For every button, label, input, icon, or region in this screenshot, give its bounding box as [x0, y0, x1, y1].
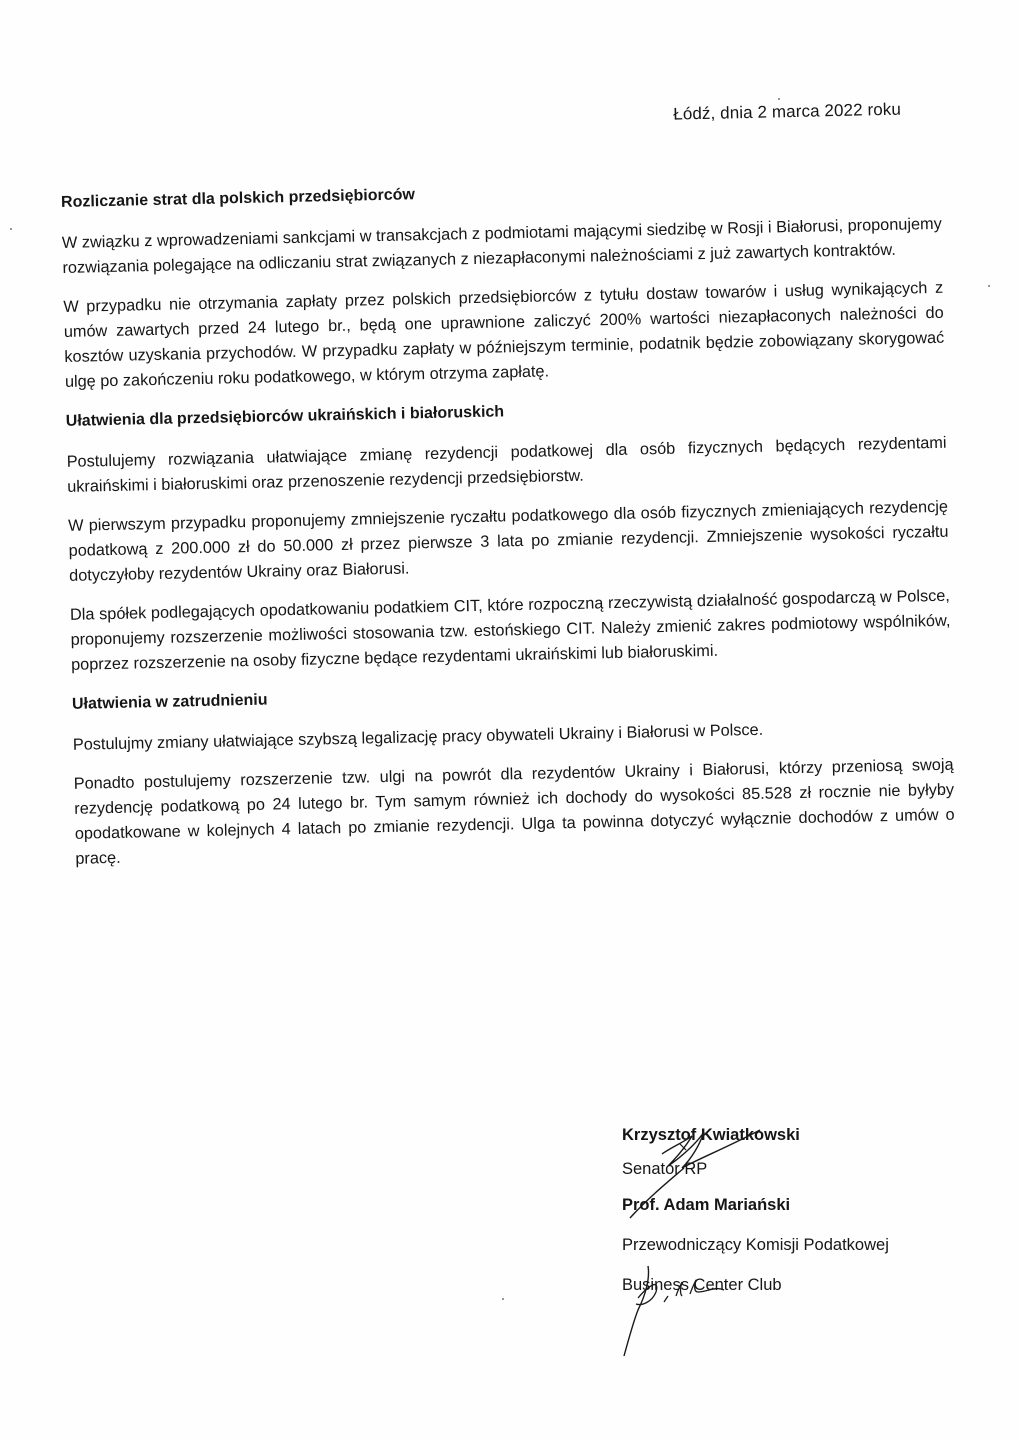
paragraph: W przypadku nie otrzymania zapłaty przez… — [63, 276, 945, 395]
paragraph: Postulujemy rozwiązania ułatwiające zmia… — [66, 431, 947, 500]
scan-speck — [502, 1298, 504, 1300]
scan-speck — [778, 98, 780, 100]
section-heading: Ułatwienia w zatrudnieniu — [72, 673, 952, 717]
section-losses-settlement: Rozliczanie strat dla polskich przedsięb… — [61, 171, 945, 395]
scan-speck — [988, 285, 990, 287]
paragraph: W pierwszym przypadku proponujemy zmniej… — [68, 495, 949, 589]
paragraph: Postulujmy zmiany ułatwiające szybszą le… — [73, 714, 953, 758]
signatory-2: Prof. Adam Mariański Przewodniczący Komi… — [622, 1194, 889, 1296]
scanned-letter-page: Łódź, dnia 2 marca 2022 roku Rozliczanie… — [0, 0, 1018, 1440]
signatory-1: Krzysztof Kwiatkowski Senator RP — [622, 1124, 889, 1180]
signature-block: Krzysztof Kwiatkowski Senator RP Prof. A… — [622, 1124, 889, 1310]
section-employment: Ułatwienia w zatrudnieniu Postulujmy zmi… — [72, 673, 956, 872]
signatory-role: Przewodniczący Komisji Podatkowej — [622, 1234, 889, 1256]
section-heading: Rozliczanie strat dla polskich przedsięb… — [61, 171, 941, 215]
signatory-role: Senator RP — [622, 1158, 889, 1180]
section-heading: Ułatwienia dla przedsiębiorców ukraiński… — [66, 390, 946, 434]
paragraph: Ponadto postulujemy rozszerzenie tzw. ul… — [73, 753, 955, 872]
scan-speck — [942, 792, 944, 794]
signatory-name: Krzysztof Kwiatkowski — [622, 1124, 889, 1146]
section-ukrainian-belarusian-entrepreneurs: Ułatwienia dla przedsiębiorców ukraiński… — [66, 390, 952, 678]
signatory-organization: Business Center Club — [622, 1274, 889, 1296]
letter-body: Rozliczanie strat dla polskich przedsięb… — [61, 171, 956, 886]
paragraph: Dla spółek podlegających opodatkowaniu p… — [70, 584, 951, 678]
signatory-name: Prof. Adam Mariański — [622, 1194, 889, 1216]
place-and-date: Łódź, dnia 2 marca 2022 roku — [673, 100, 901, 125]
paragraph: W związku z wprowadzeniami sankcjami w t… — [62, 212, 943, 281]
scan-speck — [10, 228, 12, 230]
